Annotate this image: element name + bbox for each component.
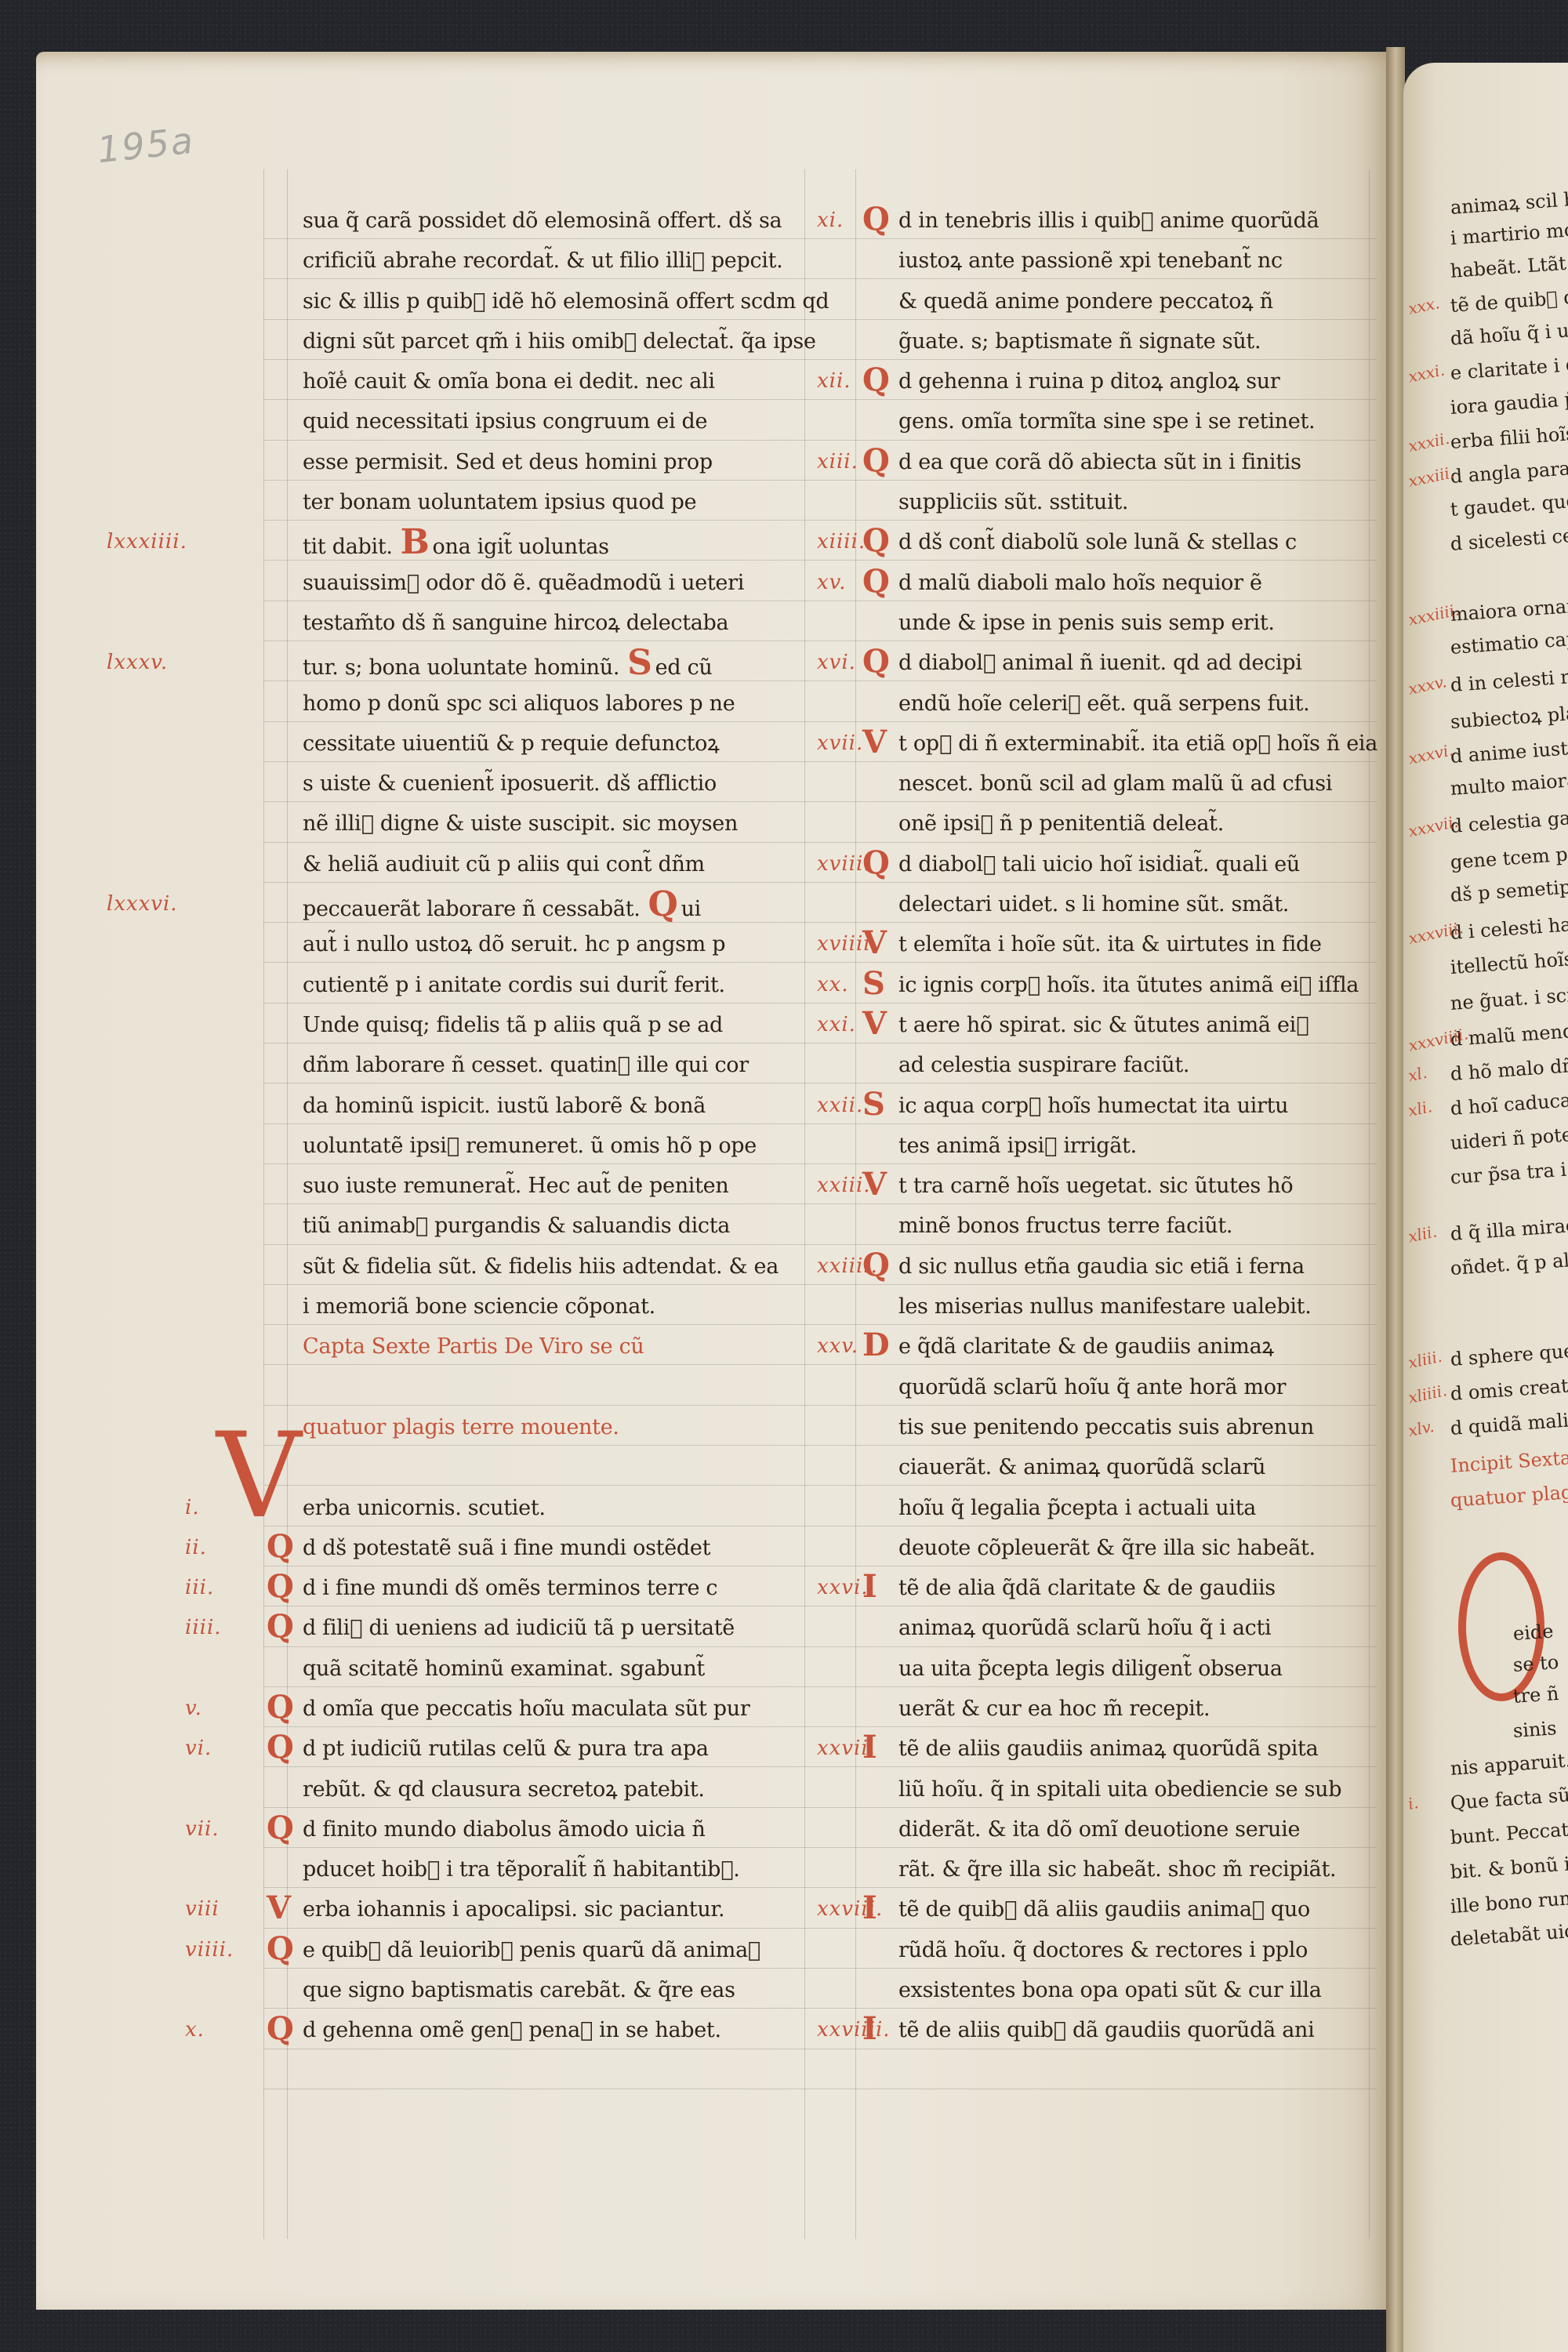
folio-number: 195a [96, 119, 197, 172]
left-text-column: sua q̃ carã possidet dõ elemosinã offert… [303, 201, 804, 2051]
rubricated-initial: Q [267, 1606, 294, 1646]
text-line: Qd ea que corã dõ abiecta sũt in i finit… [898, 442, 1369, 482]
text-line: sũt & fidelia sũt. & fidelis hiis adtend… [303, 1247, 804, 1287]
rubricated-initial: Q [862, 199, 890, 239]
facing-text-line: cur p̃sa tra i tuebit [1450, 1154, 1568, 1189]
chapter-number-margin: iiii. [185, 1608, 222, 1648]
facing-text-line: bit. & bonũ iusti s [1450, 1849, 1568, 1883]
rubricated-initial: Q [862, 521, 890, 561]
line-text: suauissim᷒ odor dõ ẽ. quẽadmodũ i ueteri [303, 571, 744, 595]
facing-chapter-number: xxxiii. [1406, 463, 1456, 491]
rubricated-initial: S [627, 643, 652, 683]
facing-text-line: e claritate i qua multo [1450, 347, 1568, 384]
facing-text-line: habeãt. Ltãt. & cur illa [1450, 245, 1568, 282]
facing-text-line: tẽ de quib᷒ dã aliis gau [1450, 279, 1568, 317]
line-text: i memoriã bone sciencie cõponat. [303, 1294, 655, 1319]
text-line: exsistentes bona opa opati sũt & cur ill… [898, 1970, 1369, 2010]
line-text: onẽ ipsi᷒ ñ p penitentiã deleat̃. [898, 811, 1224, 836]
text-line: Qd dš cont̃ diabolũ sole lunã & stellas … [898, 522, 1369, 562]
chapter-number-margin: xxv. [817, 1327, 858, 1367]
line-text: ciauerãt. & animaꝝ quorũdã sclarũ [898, 1455, 1265, 1479]
line-text: deuote cõpleuerãt & q̃re illa sic habeãt… [898, 1536, 1316, 1560]
line-text: s uiste & cuenient̃ iposuerit. dš afflic… [303, 771, 717, 796]
chapter-number-margin: xvii. [817, 724, 863, 764]
chapter-number-margin: xii. [817, 361, 851, 401]
text-line: & heliã audiuit cũ p aliis qui cont̃ dñm… [303, 844, 804, 884]
line-text: t elemĩta i hoĩe sũt. ita & uirtutes in … [898, 932, 1322, 956]
line-text: tit dabit. [303, 535, 393, 559]
facing-chapter-number: xxxv. [1406, 672, 1448, 699]
text-line: Verba unicornis. scutiet.i. [303, 1488, 804, 1528]
facing-text-line: estimatio capiat. sce [1450, 623, 1568, 659]
facing-text-line: bunt. Peccatũ quo [1450, 1815, 1568, 1849]
line-text: ic ignis corp᷒ hoĩs. ita ũtutes animã ei… [898, 973, 1359, 997]
rubricated-initial: Q [267, 1727, 294, 1767]
rubricated-initial: I [862, 1727, 877, 1767]
facing-text-line: d hoĩ caduca tra imac [1450, 1083, 1568, 1120]
facing-text-line: gene tcem pulueris s; [1450, 837, 1568, 873]
text-line: Qd malũ diaboli malo hoĩs nequior ẽ [898, 563, 1369, 603]
chapter-number-margin: vi. [185, 1729, 212, 1769]
text-line: De q̃dã claritate & de gaudiis animaꝝ [898, 1327, 1369, 1367]
line-text: dñm laborare ñ cesset. quatin᷒ ille qui … [303, 1053, 749, 1077]
text-line [303, 1447, 804, 1487]
book-gutter [1386, 47, 1405, 2352]
text-line: Capta Sexte Partis De Viro se cũxxv. [303, 1327, 804, 1367]
line-text: & heliã audiuit cũ p aliis qui cont̃ dñm [303, 852, 705, 877]
facing-chapter-number: xli. [1406, 1097, 1434, 1120]
text-line: peccauerãt laborare ñ cessabãt.Quilxxxvi… [303, 884, 804, 924]
chapter-number-margin: xxviiii. [817, 2010, 891, 2050]
text-line: suppliciis sũt. sstituit. [898, 482, 1369, 522]
text-line: cessitate uiuentiũ & p requie defunctoꝝx… [303, 724, 804, 764]
facing-text-line: d hõ malo dñat̃ cũ illo [1450, 1049, 1568, 1085]
rubricated-initial: B [401, 522, 430, 562]
rubricated-initial: Q [648, 884, 678, 924]
text-line: ciauerãt. & animaꝝ quorũdã sclarũ [898, 1447, 1369, 1487]
line-text: d dš cont̃ diabolũ sole lunã & stellas c [898, 530, 1297, 554]
text-line: Qd gehenna i ruina p ditoꝝ angloꝝ sur [898, 361, 1369, 401]
chapter-number-margin: lxxxvi. [107, 884, 178, 924]
line-text: d sic nullus etña gaudia sic etiã i fern… [898, 1254, 1305, 1279]
chapter-number-margin: x. [185, 2010, 205, 2050]
text-line: s uiste & cuenient̃ iposuerit. dš afflic… [303, 764, 804, 804]
text-line: Itẽ de alia q̃dã claritate & de gaudiis [898, 1568, 1369, 1608]
line-text: tẽ de aliis gaudiis animaꝝ quorũdã spita [898, 1737, 1318, 1761]
line-text: d finito mundo diabolus ãmodo uicia ñ [303, 1817, 706, 1842]
text-line: quid necessitati ipsius congruum ei de [303, 401, 804, 441]
facing-text-line: d sicelesti celsitudine a [1450, 517, 1568, 555]
line-text: sic & illis p quib᷒ idẽ hõ elemosinã off… [303, 289, 829, 314]
chapter-number-margin: xv. [817, 563, 847, 603]
text-line: esse permisit. Sed et deus homini propxi… [303, 442, 804, 482]
text-line: Qd omĩa que peccatis hoĩu maculata sũt p… [303, 1689, 804, 1729]
rubricated-initial: Q [267, 1526, 294, 1566]
facing-text-line: multo maiora gaudi [1450, 764, 1568, 800]
facing-text-line: uideri ñ potest [1450, 1123, 1568, 1154]
line-text: ic aqua corp᷒ hoĩs humectat ita uirtu [898, 1094, 1288, 1118]
rubricated-initial: Q [267, 1566, 294, 1606]
line-text: quid necessitati ipsius congruum ei de [303, 409, 707, 434]
line-text: t op᷒ di ñ exterminabit̃. ita etiã op᷒ h… [898, 731, 1377, 756]
line-text: que signo baptismatis carebãt. & q̃re ea… [303, 1978, 735, 2002]
chapter-number-margin: ii. [185, 1528, 207, 1568]
text-line: Unde quisq; fidelis tã p aliis quã p se … [303, 1005, 804, 1045]
line-text: hoĩe̾ cauit & omĩa bona ei dedit. nec al… [303, 369, 715, 394]
text-line: testam̃to dš ñ sanguine hircoꝝ delectaba [303, 603, 804, 643]
text-line: Itẽ de aliis quib᷒ dã gaudiis quorũdã an… [898, 2010, 1369, 2050]
chapter-number-margin: i. [185, 1488, 200, 1528]
text-line: da hominũ ispicit. iustũ laborẽ & bonãxx… [303, 1086, 804, 1126]
text-line: homo p donũ spc sci aliquos labores p ne [303, 684, 804, 724]
facing-text-line: sinis [1512, 1717, 1557, 1742]
facing-text-line: d quidã maligni spc [1450, 1404, 1568, 1439]
facing-chapter-number: xlv. [1406, 1417, 1436, 1440]
text-line: les miserias nullus manifestare ualebit. [898, 1287, 1369, 1327]
chapter-number-margin: v. [185, 1689, 202, 1729]
line-text: ter bonam uoluntatem ipsius quod pe [303, 490, 696, 514]
line-text: d diabol᷒ tali uicio hoĩ isidiat̃. quali… [898, 852, 1300, 877]
text-line: nescet. bonũ scil ad glam malũ ũ ad cfus… [898, 764, 1369, 804]
decorated-initial: V [216, 1417, 301, 1535]
line-text: crificiũ abrahe recordat̃. & ut filio il… [303, 249, 782, 273]
text-line: hoĩe̾ cauit & omĩa bona ei dedit. nec al… [303, 361, 804, 401]
rubricated-initial: Q [862, 641, 890, 681]
facing-text-line: d i celesti habitatione [1450, 908, 1568, 944]
facing-chapter-number: xxxii. [1406, 429, 1451, 456]
chapter-number-margin: xxi. [817, 1005, 856, 1045]
facing-text-line: nis apparuit. qui gen [1450, 1744, 1568, 1780]
line-text: pducet hoib᷒ i tra tẽporalit̃ ñ habitant… [303, 1857, 740, 1882]
text-line: suauissim᷒ odor dõ ẽ. quẽadmodũ i ueteri… [303, 563, 804, 603]
line-text: g̃uate. s; baptismate ñ signate sũt. [898, 329, 1261, 354]
chapter-number-margin: xxvi. [817, 1568, 869, 1608]
text-line: aut̃ i nullo ustoꝝ dõ seruit. hc p angsm… [303, 924, 804, 964]
text-line: uoluntatẽ ipsi᷒ remuneret. ũ omis hõ p o… [303, 1126, 804, 1166]
facing-page-recto: animaꝝ scil hoĩu illoꝝi martirio morti s… [1403, 63, 1568, 2352]
line-text: unde & ipse in penis suis semp erit. [898, 611, 1275, 635]
facing-chapter-number: xlii. [1406, 1221, 1439, 1246]
text-line: Verba iohannis i apocalipsi. sic paciant… [303, 1889, 804, 1929]
text-line: ua uita p̃cepta legis diligent̃ obserua [898, 1649, 1369, 1689]
line-text: quorũdã sclarũ hoĩu q̃ ante horã mor [898, 1375, 1286, 1399]
line-text: d fili᷒ di ueniens ad iudiciũ tã p uersi… [303, 1616, 735, 1640]
text-line: Qd pt iudiciũ rutilas celũ & pura tra ap… [303, 1729, 804, 1769]
rubricated-initial: V [862, 1004, 887, 1044]
chapter-number-margin: xxii. [817, 1086, 863, 1126]
chapter-number-margin: viii [185, 1889, 220, 1929]
line-text: cessitate uiuentiũ & p requie defunctoꝝ [303, 731, 719, 756]
line-text: quã scitatẽ hominũ examinat. sgabunt̃ [303, 1657, 705, 1681]
line-text: gens. omĩa tormĩta sine spe i se retinet… [898, 409, 1315, 434]
facing-chapter-number: xxxi. [1406, 360, 1446, 386]
rubricated-initial: Q [267, 1929, 294, 1969]
line-text: e q̃dã claritate & de gaudiis animaꝝ [898, 1334, 1274, 1359]
line-text: homo p donũ spc sci aliquos labores p ne [303, 691, 735, 716]
line-text: digni sũt parcet qm̃ i hiis omib᷒ delect… [303, 329, 816, 354]
line-text: t aere hõ spirat. sic & ũtutes animã ei᷒ [898, 1013, 1308, 1037]
facing-text-line: subiectoꝝ platoꝝ mar [1450, 695, 1568, 735]
line-text: hoĩu q̃ legalia p̃cepta i actuali uita [898, 1496, 1256, 1520]
text-line: nẽ illi᷒ digne & uiste suscipit. sic moy… [303, 804, 804, 844]
line-text: minẽ bonos fructus terre faciũt. [898, 1214, 1232, 1238]
line-text: t tra carnẽ hoĩs uegetat. sic ũtutes hõ [898, 1174, 1293, 1198]
text-line: g̃uate. s; baptismate ñ signate sũt. [898, 321, 1369, 361]
rubricated-initial: V [267, 1888, 291, 1928]
chapter-number-margin: lxxxiiii. [107, 522, 187, 562]
rubricated-initial: V [862, 1164, 887, 1204]
facing-text-line: d anime iustoꝝ i resur [1450, 728, 1568, 768]
line-text: les miserias nullus manifestare ualebit. [898, 1294, 1312, 1319]
rubricated-initial: I [862, 1566, 877, 1606]
text-line: Qd fili᷒ di ueniens ad iudiciũ tã p uers… [303, 1608, 804, 1648]
ruling-column-line [1369, 169, 1370, 2239]
text-line: tes animã ipsi᷒ irrigãt. [898, 1126, 1369, 1166]
text-line: Qd i fine mundi dš omẽs terminos terre c… [303, 1568, 804, 1608]
text-line: Qd dš potestatẽ suã i fine mundi ostẽdet… [303, 1528, 804, 1568]
rubricated-initial: V [862, 923, 887, 963]
line-text: d omĩa que peccatis hoĩu maculata sũt pu… [303, 1697, 750, 1721]
text-line: tur. s; bona uoluntate hominũ.Sed cũlxxx… [303, 643, 804, 683]
rubricated-initial: S [862, 1084, 885, 1124]
facing-text-line: oñdet. q̃ p aliqm ci [1450, 1245, 1568, 1279]
rubricated-initial: Q [267, 1687, 294, 1727]
text-line: Sic ignis corp᷒ hoĩs. ita ũtutes animã e… [898, 965, 1369, 1005]
text-line: suo iuste remunerat̃. Hec aut̃ de penite… [303, 1166, 804, 1206]
line-text: esse permisit. Sed et deus homini prop [303, 450, 713, 474]
text-line: crificiũ abrahe recordat̃. & ut filio il… [303, 241, 804, 281]
text-line: Vt tra carnẽ hoĩs uegetat. sic ũtutes hõ [898, 1166, 1369, 1206]
line-text: nẽ illi᷒ digne & uiste suscipit. sic moy… [303, 811, 738, 836]
line-text: suppliciis sũt. sstituit. [898, 490, 1128, 514]
rubricated-initial: Q [862, 441, 890, 481]
text-line: rebũt. & qd clausura secretoꝝ patebit. [303, 1769, 804, 1809]
line-text: d i fine mundi dš omẽs terminos terre c [303, 1576, 717, 1600]
line-text: tẽ de alia q̃dã claritate & de gaudiis [898, 1576, 1276, 1600]
line-text: quatuor plagis terre mouente. [303, 1415, 619, 1439]
line-text: sua q̃ carã possidet dõ elemosinã offert… [303, 209, 782, 233]
line-text: d malũ diaboli malo hoĩs nequior ẽ [898, 571, 1262, 595]
chapter-number-margin: viiii. [185, 1930, 234, 1970]
rubricated-initial: D [862, 1325, 889, 1365]
text-line: iustoꝝ ante passionẽ xpi tenebant̃ nc [898, 241, 1369, 281]
line-text: rũdã hoĩu. q̃ doctores & rectores i pplo [898, 1938, 1308, 1962]
line-text: cutientẽ p i anitate cordis sui durit̃ f… [303, 973, 725, 997]
text-line: Qd diabol᷒ animal ñ iuenit. qd ad decipi [898, 643, 1369, 683]
line-text: tẽ de aliis quib᷒ dã gaudiis quorũdã ani [898, 2018, 1314, 2042]
facing-text-line: ille bono rumore [1450, 1885, 1568, 1918]
text-line: onẽ ipsi᷒ ñ p penitentiã deleat̃. [898, 804, 1369, 844]
rubricated-initial: Q [267, 2009, 294, 2049]
line-text: d pt iudiciũ rutilas celũ & pura tra apa [303, 1737, 709, 1761]
text-line: uerãt & cur ea hoc m̃ recepit. [898, 1689, 1369, 1729]
line-text: uerãt & cur ea hoc m̃ recepit. [898, 1697, 1210, 1721]
line-text: liũ hoĩu. q̃ in spitali uita obediencie … [898, 1777, 1341, 1802]
facing-text-line: d q̃ illa miracula [1450, 1212, 1568, 1245]
line-text: endũ hoĩe celeri᷒ eẽt. quã serpens fuit. [898, 691, 1309, 716]
line-text: d ea que corã dõ abiecta sũt in i finiti… [898, 450, 1301, 474]
line-text: diderãt. & ita dõ omĩ deuotione seruie [898, 1817, 1300, 1842]
ruling-line [263, 2089, 1377, 2089]
facing-text-line: eide [1512, 1620, 1554, 1645]
line-text: erba unicornis. scutiet. [303, 1496, 546, 1520]
text-line: gens. omĩa tormĩta sine spe i se retinet… [898, 401, 1369, 441]
facing-text-line: quatuor plagis terre [1450, 1476, 1568, 1512]
facing-chapter-number: xxx. [1406, 293, 1441, 318]
text-line: Qd diabol᷒ tali uicio hoĩ isidiat̃. qual… [898, 844, 1369, 884]
text-line: cutientẽ p i anitate cordis sui durit̃ f… [303, 965, 804, 1005]
line-text: rebũt. & qd clausura secretoꝝ patebit. [303, 1777, 705, 1802]
text-line: & quedã anime pondere peccatoꝝ ñ [898, 281, 1369, 321]
line-text: tur. s; bona uoluntate hominũ. [303, 655, 619, 680]
text-line: Vt op᷒ di ñ exterminabit̃. ita etiã op᷒ … [898, 724, 1369, 764]
line-text: aut̃ i nullo ustoꝝ dõ seruit. hc p angsm… [303, 932, 725, 956]
facing-text-line: dš p semetipsũ facit. [1450, 870, 1568, 906]
line-text: d in tenebris illis i quib᷒ anime quorũd… [898, 209, 1319, 233]
line-text: testam̃to dš ñ sanguine hircoꝝ delectaba [303, 611, 728, 635]
line-text: tes animã ipsi᷒ irrigãt. [898, 1134, 1137, 1158]
text-line: Qe quib᷒ dã leuiorib᷒ penis quarũ dã ani… [303, 1930, 804, 1970]
text-line: Itẽ de quib᷒ dã aliis gaudiis animaꝝ quo [898, 1889, 1369, 1929]
line-text: nescet. bonũ scil ad glam malũ ũ ad cfus… [898, 771, 1332, 796]
line-text: exsistentes bona opa opati sũt & cur ill… [898, 1978, 1322, 2002]
rubricated-initial: Q [862, 360, 890, 400]
line-text: ua uita p̃cepta legis diligent̃ obserua [898, 1657, 1283, 1681]
ruling-column-line [263, 169, 264, 2239]
text-line: quã scitatẽ hominũ examinat. sgabunt̃ [303, 1649, 804, 1689]
facing-text-line: iora gaudia p̃orib᷒ g [1450, 383, 1568, 419]
facing-text-line: t gaudet. que & pp [1450, 486, 1568, 521]
facing-text-line: animaꝝ scil hoĩu illoꝝ [1450, 180, 1568, 220]
facing-text-line: Que facta sũt destruen [1450, 1777, 1568, 1814]
facing-text-line: maiora ornamĩta pp [1450, 590, 1568, 626]
line-text: tis sue penitendo peccatis suis abrenun [898, 1415, 1314, 1439]
right-text-column: Qd in tenebris illis i quib᷒ anime quorũ… [898, 201, 1369, 2051]
text-line: que signo baptismatis carebãt. & q̃re ea… [303, 1970, 804, 2010]
facing-text-line: deletabãt uicia al [1450, 1917, 1568, 1951]
line-text: Unde quisq; fidelis tã p aliis quã p se … [303, 1013, 723, 1037]
text-line: dñm laborare ñ cesset. quatin᷒ ille qui … [303, 1045, 804, 1085]
chapter-number-margin: xiiii. [817, 522, 866, 562]
rubricated-initial: S [862, 964, 885, 1004]
facing-text-line: ne g̃uat. i scientia itelle [1450, 977, 1568, 1014]
facing-chapter-number: xliii. [1406, 1347, 1443, 1372]
text-line: tit dabit.Bona igit̃ uoluntaslxxxiiii.xi… [303, 522, 804, 562]
text-line: digni sũt parcet qm̃ i hiis omib᷒ delect… [303, 321, 804, 361]
line-text: & quedã anime pondere peccatoꝝ ñ [898, 289, 1273, 314]
chapter-number-margin: xiii. [817, 442, 858, 482]
facing-text-line: erba filii hoĩs. sopa [1450, 419, 1568, 453]
chapter-number-margin: xvi. [817, 643, 856, 683]
manuscript-folio-verso: 195a sua q̃ carã possidet dõ elemosinã o… [36, 52, 1386, 2310]
line-text: d gehenna omẽ gen᷒ penaꝝ in se habet. [303, 2018, 721, 2042]
text-line: Qd gehenna omẽ gen᷒ penaꝝ in se habet.x.… [303, 2010, 804, 2050]
ruling-column-line [804, 169, 805, 2239]
chapter-number-margin: xi. [817, 201, 844, 241]
line-text-continued: ona igit̃ uoluntas [433, 535, 609, 559]
rubricated-initial: Q [862, 561, 890, 601]
text-line [303, 1367, 804, 1407]
text-line: animaꝝ quorũdã sclarũ hoĩu q̃ i acti [898, 1608, 1369, 1648]
text-line: liũ hoĩu. q̃ in spitali uita obediencie … [898, 1769, 1369, 1809]
text-line: rãt. & q̃re illa sic habeãt. shoc m̃ rec… [898, 1849, 1369, 1889]
line-text: animaꝝ quorũdã sclarũ hoĩu q̃ i acti [898, 1616, 1271, 1640]
text-line: deuote cõpleuerãt & q̃re illa sic habeãt… [898, 1528, 1369, 1568]
line-text: da hominũ ispicit. iustũ laborẽ & bonã [303, 1094, 706, 1118]
line-text: ad celestia suspirare faciũt. [898, 1053, 1189, 1077]
line-text: iustoꝝ ante passionẽ xpi tenebant̃ nc [898, 249, 1283, 273]
line-text: sũt & fidelia sũt. & fidelis hiis adtend… [303, 1254, 779, 1279]
rubricated-initial: Q [862, 843, 890, 883]
line-text: tiũ animab᷒ purgandis & saluandis dicta [303, 1214, 730, 1238]
line-text: delectari uidet. s li homine sũt. smãt. [898, 892, 1289, 916]
facing-chapter-number: xxxviiii. [1406, 1024, 1469, 1055]
line-text: suo iuste remunerat̃. Hec aut̃ de penite… [303, 1174, 728, 1198]
facing-text-line: tre ñ [1512, 1682, 1559, 1708]
chapter-number-margin: iii. [185, 1568, 214, 1608]
text-line: unde & ipse in penis suis semp erit. [898, 603, 1369, 643]
text-line: sua q̃ carã possidet dõ elemosinã offert… [303, 201, 804, 241]
rubricated-initial: V [862, 722, 887, 762]
facing-chapter-number: xliiii. [1406, 1381, 1449, 1407]
text-line: i memoriã bone sciencie cõponat. [303, 1287, 804, 1327]
text-line: hoĩu q̃ legalia p̃cepta i actuali uita [898, 1488, 1369, 1528]
line-text: peccauerãt laborare ñ cessabãt. [303, 897, 641, 921]
text-line: ter bonam uoluntatem ipsius quod pe [303, 482, 804, 522]
line-text: rãt. & q̃re illa sic habeãt. shoc m̃ rec… [898, 1857, 1336, 1882]
facing-text-line: d sphere quedã miraci [1450, 1334, 1568, 1370]
line-text: erba iohannis i apocalipsi. sic paciantu… [303, 1897, 724, 1922]
facing-text-line: d in celesti regno sũt an [1450, 659, 1568, 696]
text-line: pducet hoib᷒ i tra tẽporalit̃ ñ habitant… [303, 1849, 804, 1889]
text-line: Qd sic nullus etña gaudia sic etiã i fer… [898, 1247, 1369, 1287]
text-line: tiũ animab᷒ purgandis & saluandis dicta [303, 1206, 804, 1246]
line-text: uoluntatẽ ipsi᷒ remuneret. ũ omis hõ p o… [303, 1134, 757, 1158]
text-line: ad celestia suspirare faciũt. [898, 1045, 1369, 1085]
text-line: diderãt. & ita dõ omĩ deuotione seruie [898, 1809, 1369, 1849]
text-line: sic & illis p quib᷒ idẽ hõ elemosinã off… [303, 281, 804, 321]
chapter-number-margin: lxxxv. [107, 643, 168, 683]
rubricated-initial: Q [862, 1245, 890, 1285]
text-line: delectari uidet. s li homine sũt. smãt. [898, 884, 1369, 924]
text-line: Qd finito mundo diabolus ãmodo uicia ñvi… [303, 1809, 804, 1849]
chapter-number-margin: xx. [817, 965, 849, 1005]
facing-text-line: d celestia gaudia ñ sũt [1450, 800, 1568, 837]
line-text-continued: ed cũ [655, 655, 713, 680]
line-text: tẽ de quib᷒ dã aliis gaudiis animaꝝ quo [898, 1897, 1310, 1922]
text-line: tis sue penitendo peccatis suis abrenun [898, 1407, 1369, 1447]
line-text: d diabol᷒ animal ñ iuenit. qd ad decipi [898, 651, 1302, 675]
facing-chapter-number: xl. [1406, 1063, 1429, 1085]
text-line: minẽ bonos fructus terre faciũt. [898, 1206, 1369, 1246]
facing-chapter-number: i. [1406, 1793, 1420, 1813]
text-line: Sic aqua corp᷒ hoĩs humectat ita uirtu [898, 1086, 1369, 1126]
facing-chapter-number: xxxvi. [1406, 740, 1455, 768]
line-text: d dš potestatẽ suã i fine mundi ostẽdet [303, 1536, 710, 1560]
facing-text-line: Incipit Sexta Pars [1450, 1443, 1568, 1477]
facing-text-line: d angla paradisi am [1450, 452, 1568, 488]
text-line: Itẽ de aliis gaudiis animaꝝ quorũdã spit… [898, 1729, 1369, 1769]
text-line: rũdã hoĩu. q̃ doctores & rectores i pplo [898, 1930, 1369, 1970]
rubricated-initial: I [862, 2009, 877, 2049]
text-line: Vt aere hõ spirat. sic & ũtutes animã ei… [898, 1005, 1369, 1045]
text-line: endũ hoĩe celeri᷒ eẽt. quã serpens fuit. [898, 684, 1369, 724]
line-text: Capta Sexte Partis De Viro se cũ [303, 1334, 644, 1359]
facing-text-line: se to [1512, 1651, 1559, 1676]
text-line: quatuor plagis terre mouente. [303, 1407, 804, 1447]
text-line: Vt elemĩta i hoĩe sũt. ita & uirtutes in… [898, 924, 1369, 964]
rubricated-initial: I [862, 1888, 877, 1928]
